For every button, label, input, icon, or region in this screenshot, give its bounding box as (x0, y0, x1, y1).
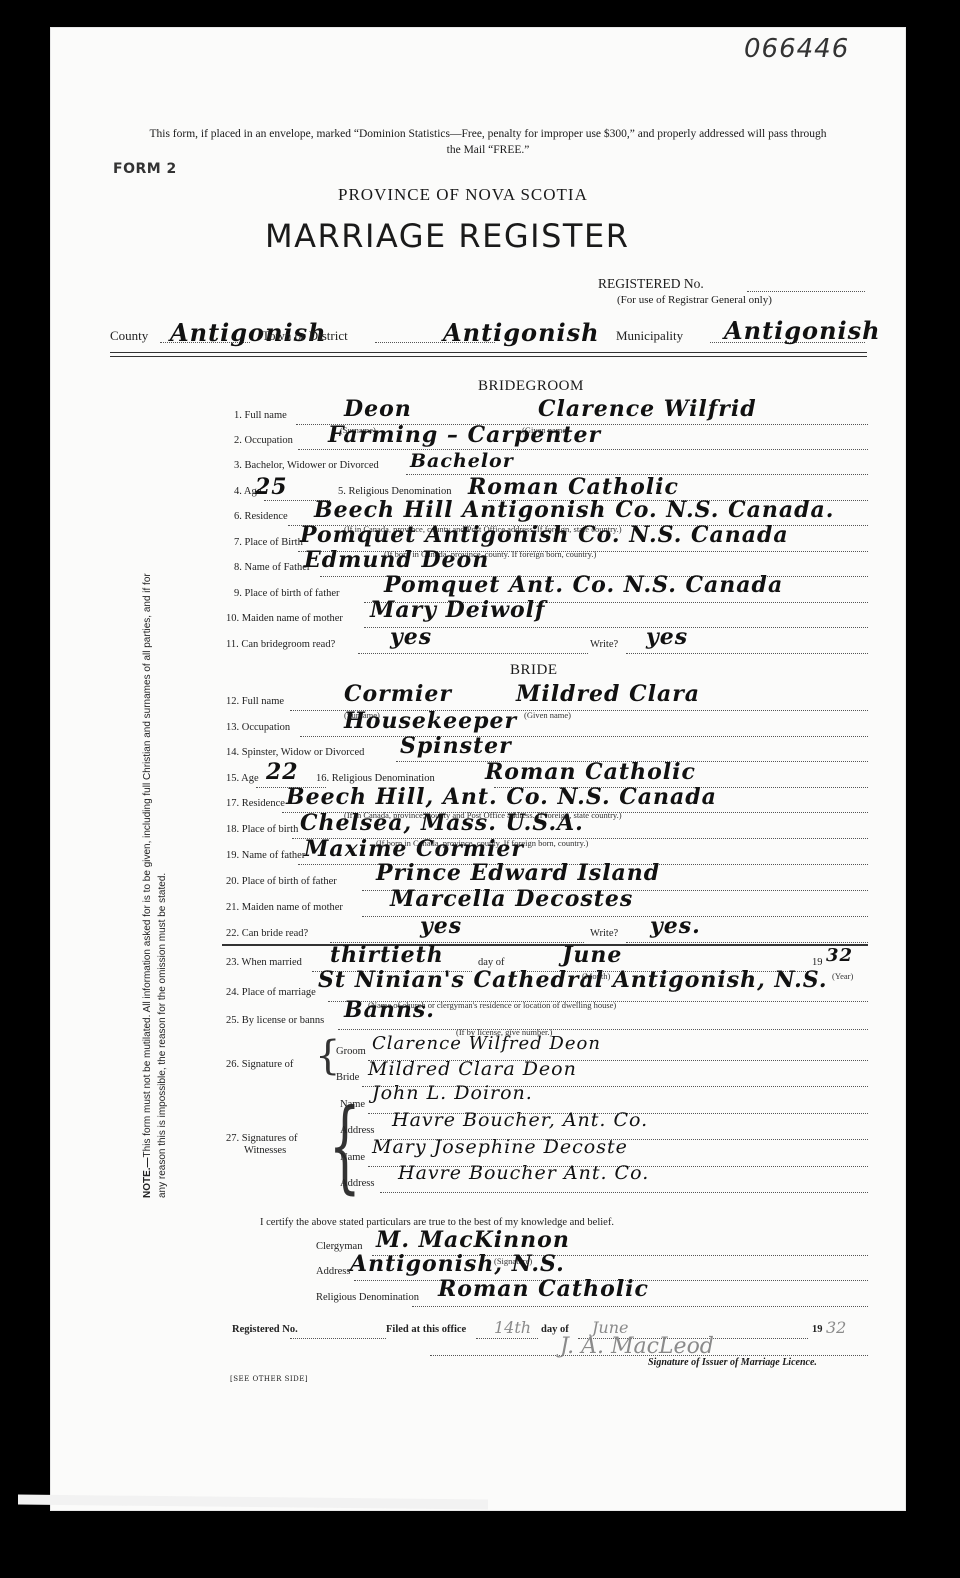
side-note-title: NOTE.— (142, 1157, 153, 1198)
witness-2-address-line (380, 1192, 868, 1193)
issuer-signature[interactable]: J. A. MacLeod (560, 1334, 714, 1359)
mail-notice: This form, if placed in an envelope, mar… (148, 126, 828, 158)
groom-father-label: 8. Name of Father (234, 562, 310, 573)
bride-religion-label: 16. Religious Denomination (316, 773, 435, 784)
groom-status-label: 3. Bachelor, Widower or Divorced (234, 460, 379, 471)
groom-read-label: 11. Can bridegroom read? (226, 639, 335, 650)
town-value[interactable]: Antigonish (443, 318, 600, 347)
see-other-side: [SEE OTHER SIDE] (230, 1375, 308, 1383)
witness-2-name[interactable]: Mary Josephine Decoste (372, 1136, 628, 1158)
groom-mother-label: 10. Maiden name of mother (226, 613, 343, 624)
bride-residence-label: 17. Residence (226, 798, 285, 809)
bride-mother-label: 21. Maiden name of mother (226, 902, 343, 913)
form-number: FORM 2 (113, 161, 177, 177)
groom-full-name-label: 1. Full name (234, 410, 287, 421)
groom-father[interactable]: Edmund Deon (304, 547, 489, 573)
page-title: MARRIAGE REGISTER (265, 217, 629, 255)
bride-occupation-line (300, 736, 868, 737)
filed-year[interactable]: 32 (826, 1318, 846, 1337)
bride-write-label: Write? (590, 928, 618, 939)
witness-1-name-label: Name (340, 1099, 365, 1110)
groom-mother-line (364, 627, 868, 628)
groom-read-line (358, 653, 588, 654)
place-of-marriage[interactable]: St Ninian's Cathedral Antigonish, N.S. (318, 967, 828, 993)
bride-status[interactable]: Spinster (400, 733, 512, 759)
municipality-label: Municipality (616, 328, 683, 344)
signature-of-label: 26. Signature of (226, 1059, 293, 1070)
witnesses-label-1: 27. Signatures of (226, 1133, 297, 1144)
groom-father-birthplace[interactable]: Pomquet Ant. Co. N.S. Canada (384, 572, 783, 598)
clergy-address-label: Address (316, 1266, 350, 1277)
witness-2-address[interactable]: Havre Boucher Ant. Co. (398, 1162, 649, 1184)
bride-surname[interactable]: Cormier (344, 681, 452, 707)
bride-heading: BRIDE (510, 662, 558, 679)
side-note: NOTE.—This form must not be mutilated. A… (140, 558, 170, 1198)
filing-registered-no-line[interactable] (290, 1338, 386, 1339)
bride-divider (222, 944, 868, 946)
municipality-value[interactable]: Antigonish (724, 316, 881, 345)
registered-no-field[interactable] (747, 291, 865, 292)
witness-1-address[interactable]: Havre Boucher, Ant. Co. (392, 1109, 648, 1131)
license-or-banns-label: 25. By license or banns (226, 1015, 324, 1026)
registered-no-note: (For use of Registrar General only) (617, 294, 772, 306)
when-married-label: 23. When married (226, 957, 302, 968)
witness-2-name-label: Name (340, 1152, 365, 1163)
groom-occupation[interactable]: Farming – Carpenter (328, 422, 601, 448)
bride-occupation-label: 13. Occupation (226, 722, 290, 733)
clergy-religion-label: Religious Denomination (316, 1292, 419, 1303)
license-or-banns[interactable]: Banns. (344, 997, 435, 1023)
groom-signature[interactable]: Clarence Wilfred Deon (372, 1033, 601, 1054)
license-or-banns-line (338, 1029, 868, 1030)
town-label: Town or District (262, 328, 348, 344)
province-heading: PROVINCE OF NOVA SCOTIA (338, 185, 588, 205)
side-note-text: This form must not be mutilated. All inf… (142, 573, 168, 1198)
bride-age[interactable]: 22 (266, 759, 299, 785)
bride-father-birthplace-label: 20. Place of birth of father (226, 876, 337, 887)
groom-religion-label: 5. Religious Denomination (338, 486, 451, 497)
bride-given-name-hint: (Given name) (524, 710, 571, 720)
bride-father[interactable]: Maxime Cormier (304, 836, 524, 862)
bridegroom-heading: BRIDEGROOM (478, 378, 584, 395)
groom-write[interactable]: yes (646, 624, 688, 650)
clergy-religion[interactable]: Roman Catholic (438, 1276, 649, 1302)
witness-1-address-label: Address (340, 1125, 374, 1136)
bride-write-line (626, 942, 868, 943)
marriage-year[interactable]: 32 (826, 945, 853, 966)
groom-status[interactable]: Bachelor (410, 450, 514, 472)
groom-father-birthplace-label: 9. Place of birth of father (234, 588, 340, 599)
header-divider (110, 352, 867, 357)
groom-write-line (626, 653, 868, 654)
groom-residence[interactable]: Beech Hill Antigonish Co. N.S. Canada. (314, 497, 834, 523)
groom-occupation-label: 2. Occupation (234, 435, 293, 446)
groom-signature-label: Groom (336, 1046, 366, 1057)
groom-write-label: Write? (590, 639, 618, 650)
bride-father-label: 19. Name of father (226, 850, 305, 861)
bride-birthplace-label: 18. Place of birth (226, 824, 298, 835)
bride-occupation[interactable]: Housekeeper (344, 708, 517, 734)
groom-occupation-line (298, 449, 868, 450)
bride-given-name[interactable]: Mildred Clara (516, 681, 700, 707)
bride-mother[interactable]: Marcella Decostes (390, 886, 633, 912)
witness-1-name[interactable]: John L. Doiron. (372, 1082, 533, 1104)
bride-residence[interactable]: Beech Hill, Ant. Co. N.S. Canada (286, 784, 717, 810)
filing-registered-no-label: Registered No. (232, 1324, 298, 1335)
witness-2-address-label: Address (340, 1178, 374, 1189)
issuer-signature-label: Signature of Issuer of Marriage Licence. (648, 1357, 817, 1368)
bride-father-birthplace[interactable]: Prince Edward Island (376, 860, 660, 886)
groom-residence-label: 6. Residence (234, 511, 288, 522)
filed-day-line (476, 1338, 538, 1339)
registered-no-label: REGISTERED No. (598, 276, 704, 292)
bride-religion[interactable]: Roman Catholic (485, 759, 696, 785)
clergy-religion-line (412, 1306, 868, 1307)
filed-at-office-label: Filed at this office (386, 1324, 466, 1335)
bride-full-name-label: 12. Full name (226, 696, 284, 707)
bride-signature-label: Bride (336, 1072, 359, 1083)
groom-mother[interactable]: Mary Deiwolf (370, 597, 546, 623)
bride-status-label: 14. Spinster, Widow or Divorced (226, 747, 364, 758)
clergyman-signature[interactable]: M. MacKinnon (376, 1227, 570, 1253)
place-of-marriage-label: 24. Place of marriage (226, 987, 316, 998)
serial-number: 066446 (744, 34, 849, 64)
groom-read[interactable]: yes (390, 624, 432, 650)
groom-given-name[interactable]: Clarence Wilfrid (538, 396, 757, 422)
county-label: County (110, 328, 148, 344)
clergy-address[interactable]: Antigonish, N.S. (350, 1251, 565, 1277)
groom-surname[interactable]: Deon (344, 396, 412, 422)
year-hint: (Year) (832, 971, 853, 981)
marriage-month[interactable]: June (562, 942, 622, 968)
bride-read[interactable]: yes (420, 913, 462, 939)
filed-day[interactable]: 14th (494, 1318, 531, 1337)
bride-write[interactable]: yes. (650, 913, 701, 939)
marriage-day[interactable]: thirtieth (330, 942, 444, 968)
groom-age[interactable]: 25 (255, 474, 288, 500)
bride-signature[interactable]: Mildred Clara Deon (368, 1058, 577, 1080)
groom-birthplace[interactable]: Pomquet Antigonish Co. N.S. Canada (300, 522, 789, 548)
bride-read-label: 22. Can bride read? (226, 928, 308, 939)
filed-century: 19 (812, 1324, 823, 1335)
witnesses-label-2: Witnesses (244, 1145, 286, 1156)
bride-birthplace[interactable]: Chelsea, Mass. U.S.A. (300, 810, 584, 836)
bride-age-label: 15. Age (226, 773, 259, 784)
groom-birthplace-label: 7. Place of Birth (234, 537, 303, 548)
